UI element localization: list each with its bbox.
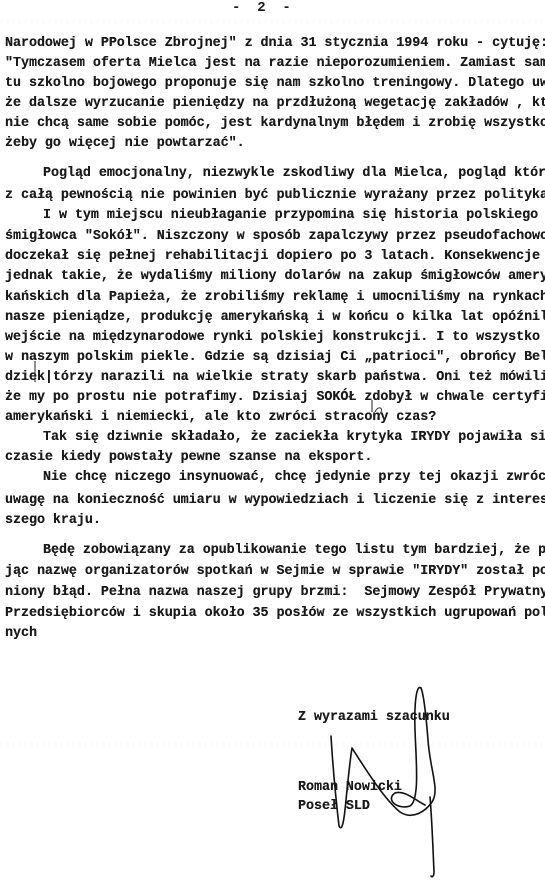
- text-line: doczekał się pełnej rehabilitacji dopier…: [5, 249, 545, 265]
- text-line: Przedsiębiorców i skupia około 35 posłów…: [5, 606, 545, 622]
- text-line: w naszym polskim piekle. Gdzie są dzisia…: [5, 350, 545, 366]
- text-line: niony błąd. Pełna nazwa naszej grupy brz…: [5, 585, 545, 601]
- page-number: - 2 -: [232, 0, 291, 16]
- text-line: I w tym miejscu nieubłaganie przypomina …: [43, 208, 538, 224]
- scan-bleed-through: [0, 742, 545, 748]
- text-line: nie chcą same sobie pomóc, jest kardynal…: [5, 116, 545, 132]
- text-line: dziek|tórzy narazili na wielkie straty s…: [5, 370, 545, 386]
- text-line: jednak takie, że wydaliśmy miliony dolar…: [5, 269, 545, 285]
- text-line: że dalsze wyrzucanie pieniędzy na przdłu…: [5, 96, 545, 112]
- document-page: - 2 - Narodowej w PPolsce Zbrojnej" z dn…: [0, 0, 545, 882]
- text-line: szego kraju.: [5, 513, 101, 529]
- text-line: żeby go więcej nie powtarzać".: [5, 136, 245, 152]
- text-line: Narodowej w PPolsce Zbrojnej" z dnia 31 …: [5, 36, 545, 52]
- text-line: Tak się dziwnie składało, że zaciekła kr…: [43, 430, 545, 446]
- text-line: "Tymczasem oferta Mielca jest na razie n…: [5, 56, 545, 72]
- signatory-title: Poseł SLD: [298, 799, 370, 815]
- closing-salutation: Z wyrazami szacunku: [298, 710, 450, 726]
- text-line: jąc nazwę organizatorów spotkań w Sejmie…: [5, 564, 545, 580]
- text-line: tu szkolno bojowego proponuje się nam sz…: [5, 76, 545, 92]
- signatory-name: Roman Nowicki: [298, 780, 402, 796]
- text-line: wejście na międzynarodowe rynki polskiej…: [5, 330, 545, 346]
- text-line: Pogląd emocjonalny, niezwykle zskodliwy …: [43, 166, 545, 182]
- text-line: nych: [5, 626, 37, 642]
- text-line: czasie kiedy powstały pewne szanse na ek…: [5, 450, 372, 466]
- text-line: kańskich dla Papieża, że zrobiliśmy rekl…: [5, 290, 545, 306]
- text-line: Będę zobowiązany za opublikowanie tego l…: [43, 543, 545, 559]
- text-line: z całą pewnością nie powinien być public…: [5, 188, 545, 204]
- text-line: że my po prostu nie potrafimy. Dzisiaj S…: [5, 390, 545, 406]
- text-line: uwagę na konieczność umiaru w wypowiedzi…: [5, 493, 545, 509]
- text-line: nasze pieniądze, produkcję amerykańską i…: [5, 310, 545, 326]
- scan-bleed-through: [0, 18, 545, 24]
- text-line: amerykański i niemiecki, ale kto zwróci …: [5, 410, 436, 426]
- text-line: śmigłowca "Sokół". Niszczony w sposób za…: [5, 229, 545, 245]
- text-line: Nie chcę niczego insynuować, chcę jedyni…: [43, 470, 545, 486]
